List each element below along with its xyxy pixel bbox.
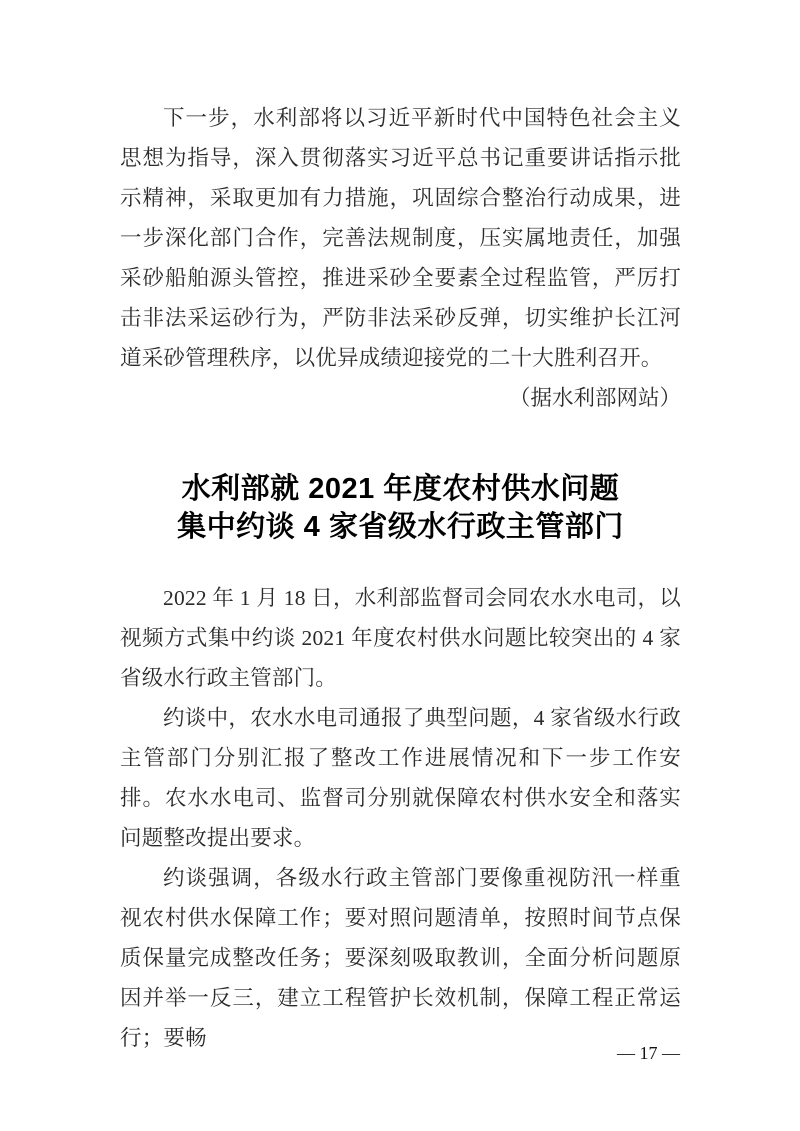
- article-paragraph-2: 约谈中，农水水电司通报了典型问题，4 家省级水行政主管部门分别汇报了整改工作进展…: [120, 698, 681, 858]
- page-content: 下一步，水利部将以习近平新时代中国特色社会主义思想为指导，深入贯彻落实习近平总书…: [120, 98, 681, 1058]
- article-title-line-2: 集中约谈 4 家省级水行政主管部门: [120, 508, 681, 546]
- article-title: 水利部就 2021 年度农村供水问题 集中约谈 4 家省级水行政主管部门: [120, 470, 681, 546]
- page-number: — 17 —: [617, 1042, 680, 1064]
- article-paragraph-3: 约谈强调，各级水行政主管部门要像重视防汛一样重视农村供水保障工作；要对照问题清单…: [120, 858, 681, 1058]
- previous-article-closing-paragraph: 下一步，水利部将以习近平新时代中国特色社会主义思想为指导，深入贯彻落实习近平总书…: [120, 98, 681, 378]
- article-paragraph-1: 2022 年 1 月 18 日，水利部监督司会同农水水电司，以视频方式集中约谈 …: [120, 578, 681, 698]
- article-title-line-1: 水利部就 2021 年度农村供水问题: [120, 470, 681, 508]
- source-attribution: （据水利部网站）: [120, 378, 681, 418]
- document-page: 下一步，水利部将以习近平新时代中国特色社会主义思想为指导，深入贯彻落实习近平总书…: [0, 0, 800, 1131]
